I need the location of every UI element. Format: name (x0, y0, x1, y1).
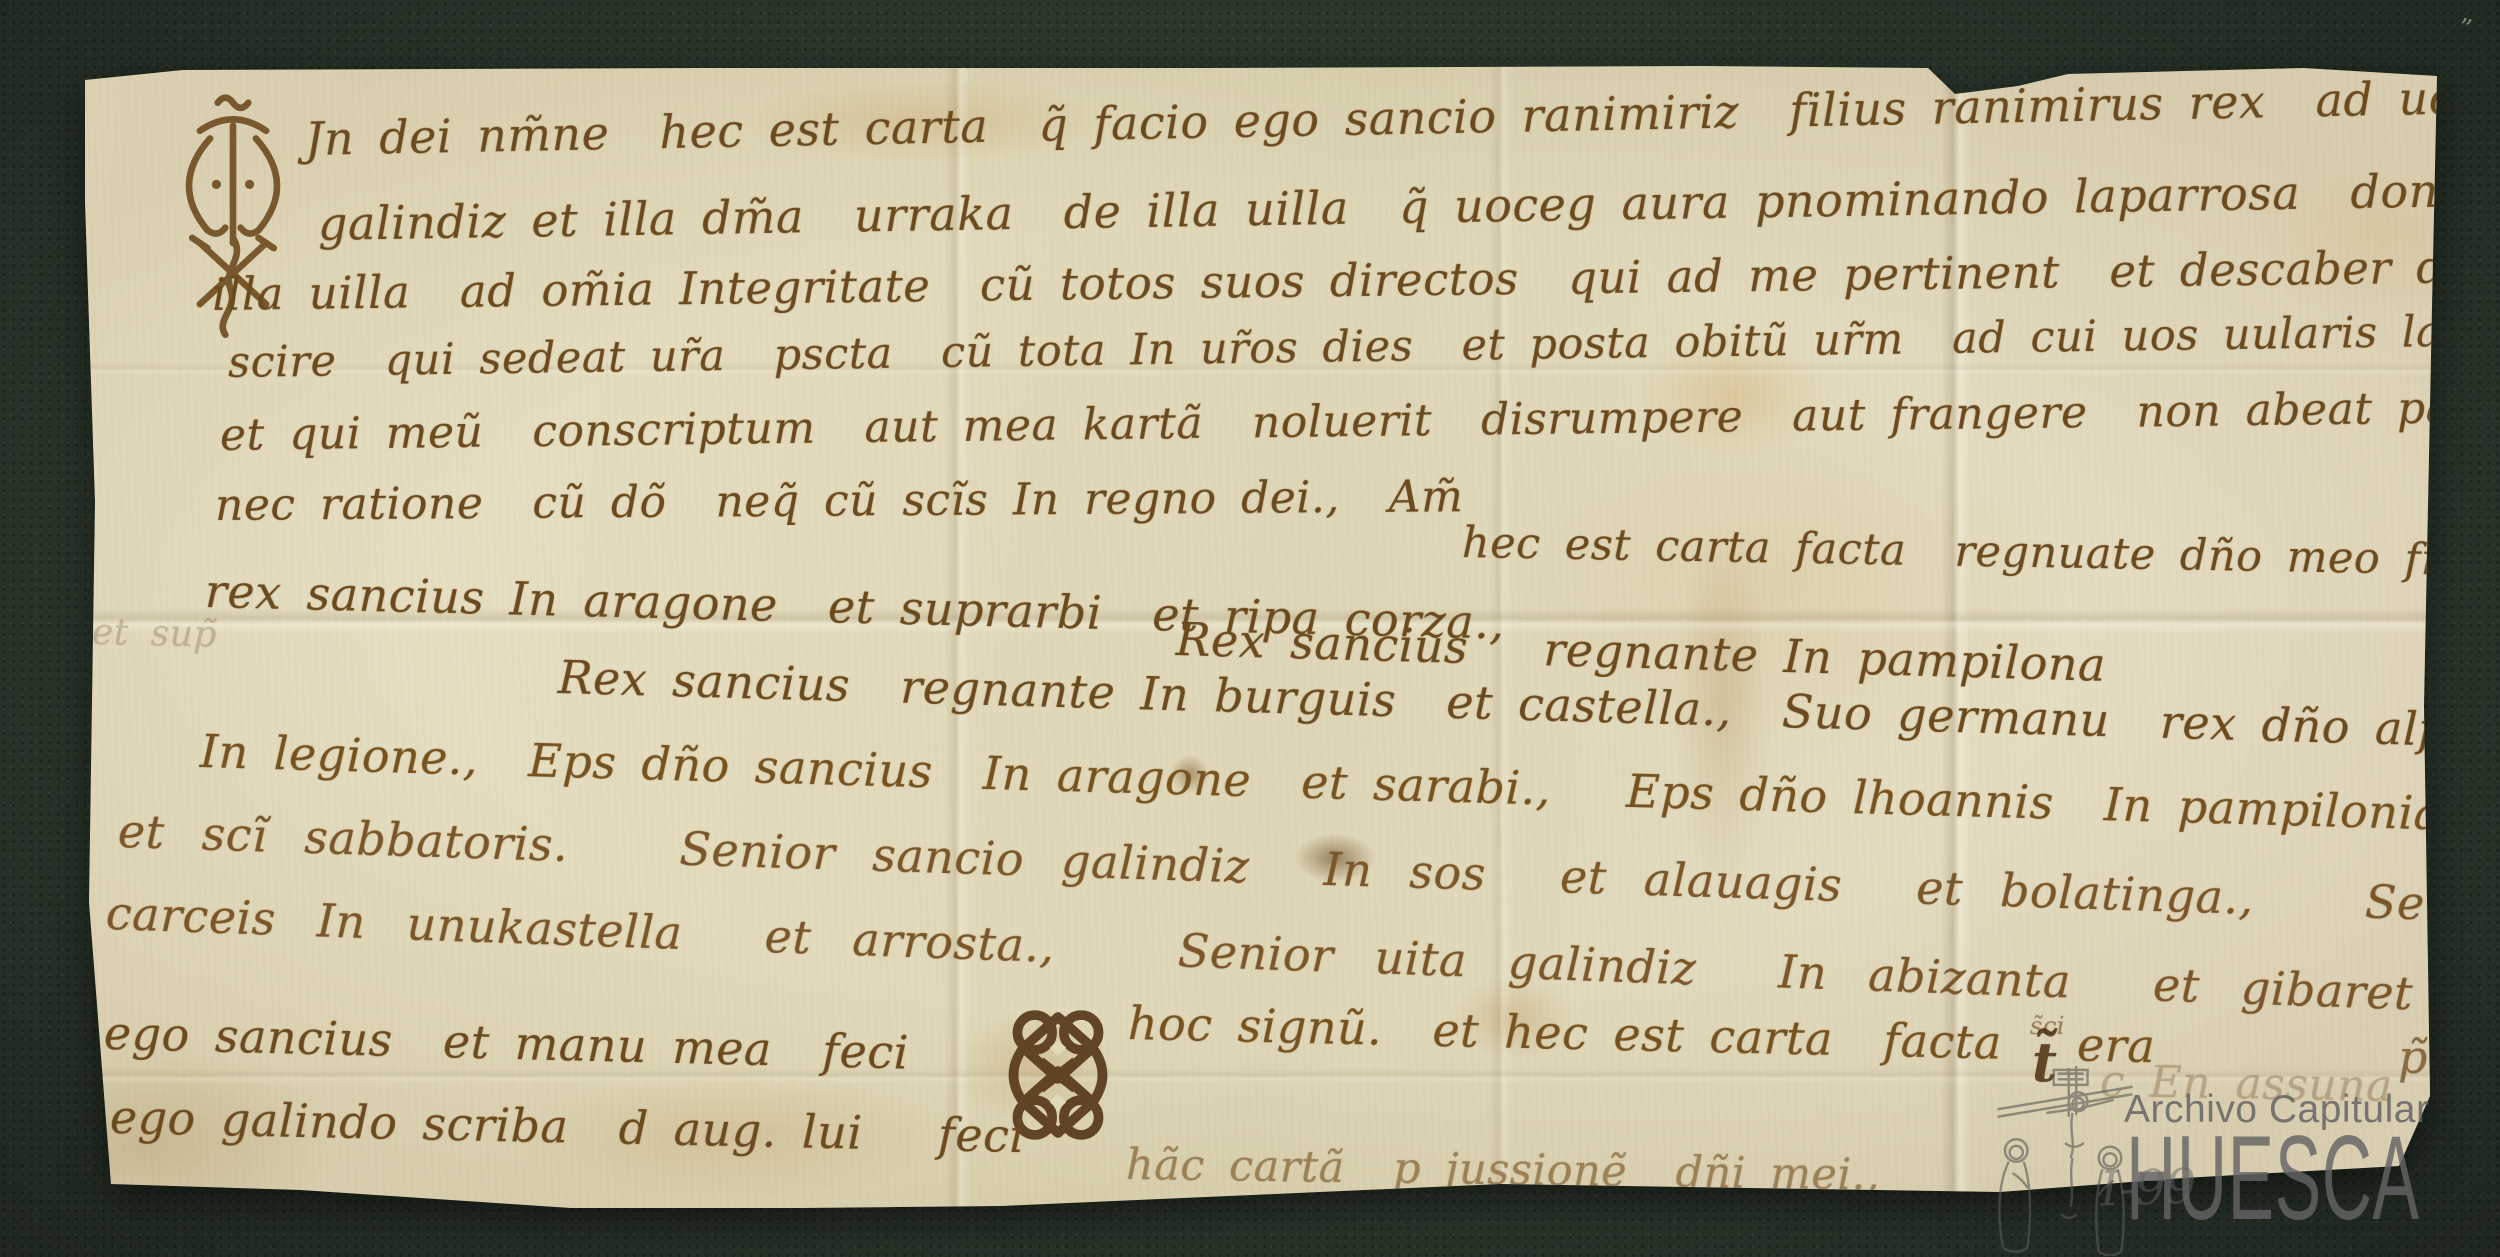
manuscript-fragment-faded: et sup̃ (92, 612, 218, 656)
parchment-wrapper: Jn dei nm̃ne hec est carta q̃ facio ego … (83, 66, 2439, 1208)
parchment-document: Jn dei nm̃ne hec est carta q̃ facio ego … (83, 66, 2439, 1208)
manuscript-line: nec ratione cũ dõ neq̃ cũ scĩs In regno … (215, 471, 1464, 531)
crucifixion-watermark-icon (1990, 1060, 2140, 1256)
watermark-city-name: HUESCA (2126, 1118, 2420, 1238)
manuscript-line: hãc cartã p jussionẽ dñi mei., (1126, 1140, 1881, 1201)
manuscript-fragment: p̃ (2398, 1030, 2428, 1084)
